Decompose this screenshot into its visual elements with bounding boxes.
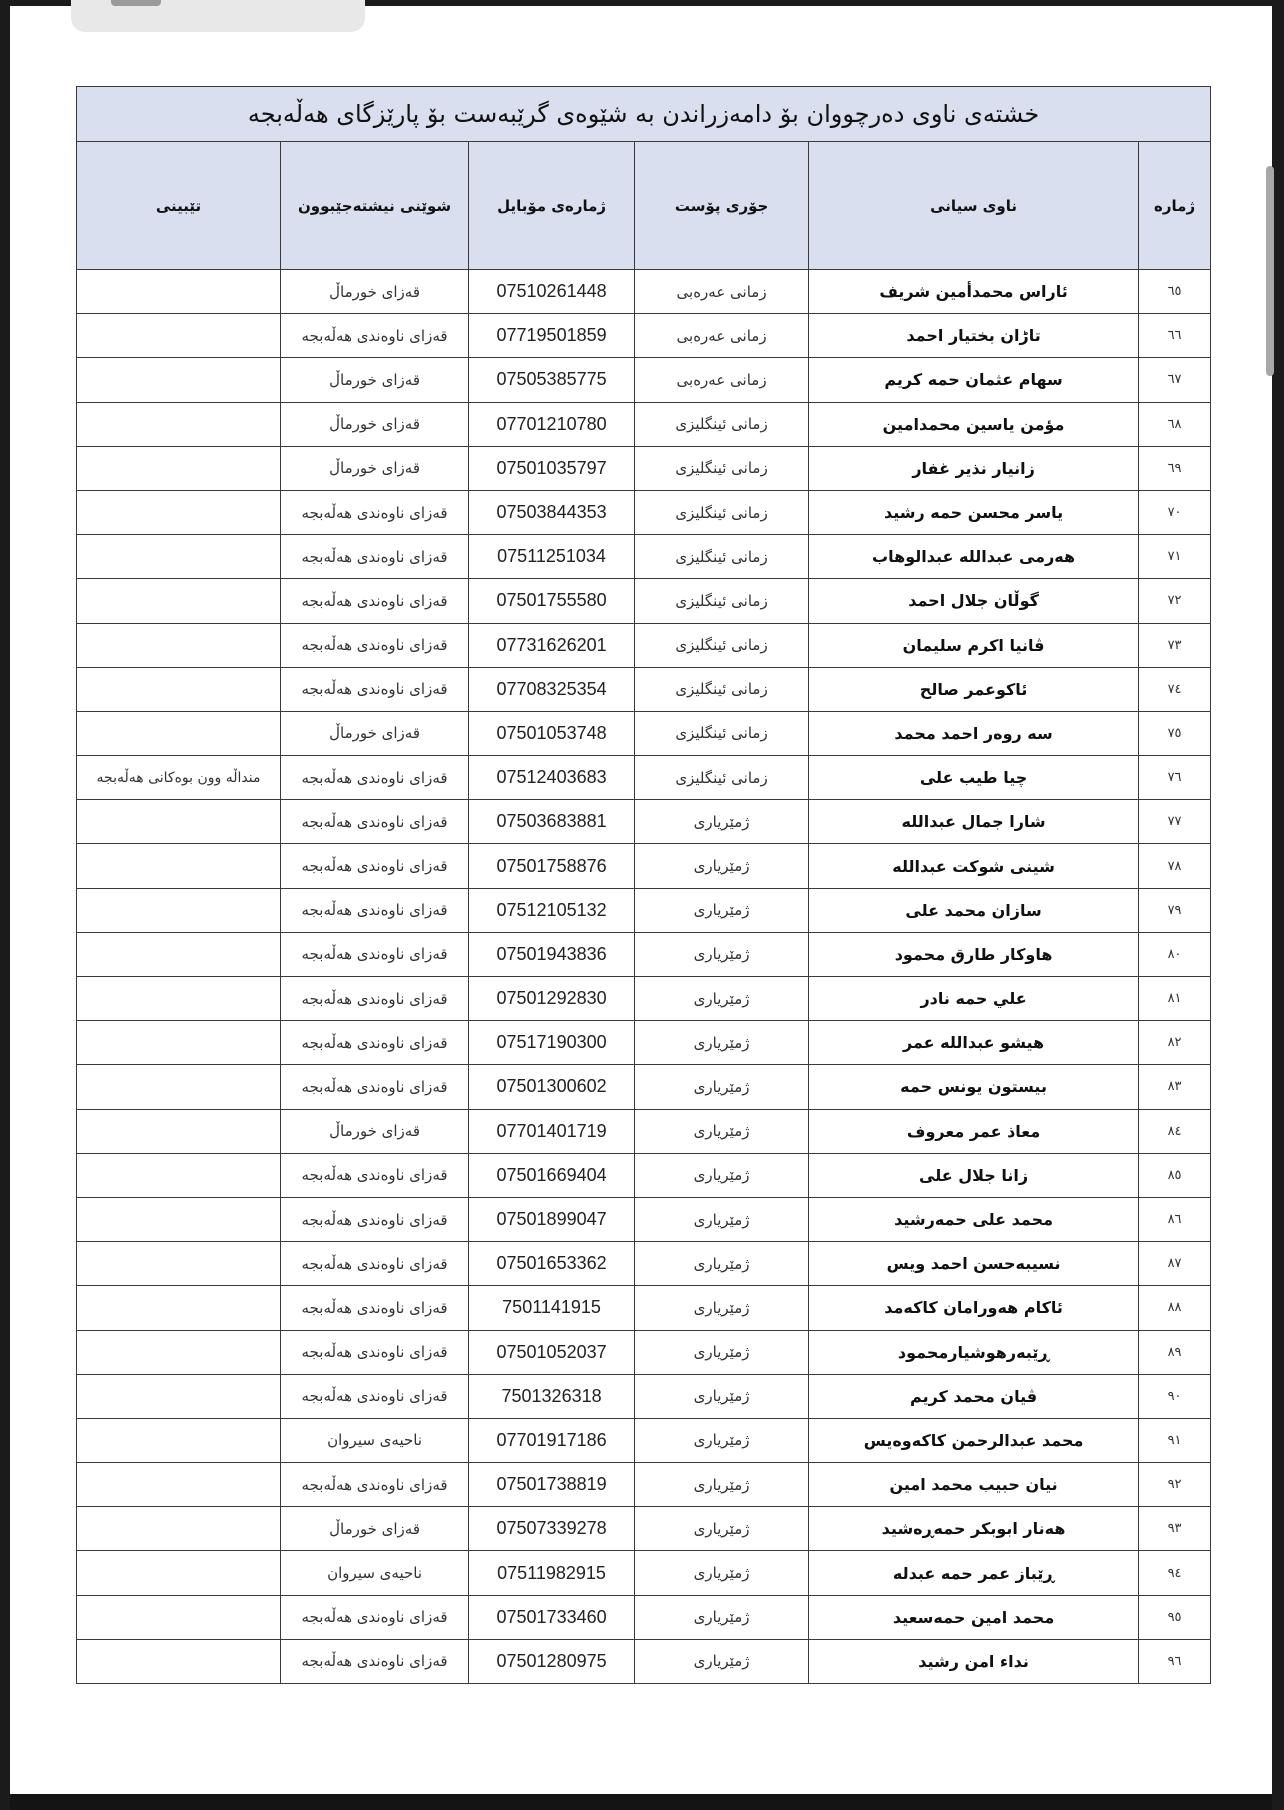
cell-post-type: زمانی عەرەبی [635,270,809,314]
table-row: ٩٠ڤیان محمد کریمژمێریاری7501326318قەزای … [77,1374,1211,1418]
table-row: ٧٧شارا جمال عبداللهژمێریاری07503683881قە… [77,800,1211,844]
cell-full-name: ئاکوعمر صالح [809,667,1139,711]
cell-notes [77,844,281,888]
cell-mobile: 07517190300 [469,1021,635,1065]
cell-number: ٨٩ [1139,1330,1211,1374]
cell-post-type: زمانی عەرەبی [635,358,809,402]
cell-post-type: ژمێریاری [635,1153,809,1197]
cell-post-type: زمانی ئینگلیزی [635,667,809,711]
cell-post-type: ژمێریاری [635,1374,809,1418]
table-row: ٩٥محمد امین حمەسعیدژمێریاری07501733460قە… [77,1595,1211,1639]
cell-number: ٩١ [1139,1418,1211,1462]
table-row: ٩١محمد عبدالرحمن کاکەوەیسژمێریاری0770191… [77,1418,1211,1462]
cell-residence: قەزای ناوەندی هەڵەبجە [281,1374,469,1418]
cell-full-name: محمد امین حمەسعید [809,1595,1139,1639]
cell-number: ٧٧ [1139,800,1211,844]
cell-full-name: علي حمه نادر [809,977,1139,1021]
table-row: ٨٥زانا جلال علیژمێریاری07501669404قەزای … [77,1153,1211,1197]
cell-residence: قەزای خورماڵ [281,358,469,402]
cell-mobile: 07501669404 [469,1153,635,1197]
cell-mobile: 07503844353 [469,490,635,534]
cell-number: ٨٦ [1139,1197,1211,1241]
table-row: ٦٥ئاراس محمدأمین شریفزمانی عەرەبی0751026… [77,270,1211,314]
cell-full-name: بیستون یونس حمه [809,1065,1139,1109]
cell-full-name: سازان محمد علی [809,888,1139,932]
cell-full-name: سهام عثمان حمه کریم [809,358,1139,402]
cell-mobile: 07501035797 [469,446,635,490]
cell-full-name: سه روەر احمد محمد [809,711,1139,755]
cell-number: ٧٣ [1139,623,1211,667]
cell-notes [77,800,281,844]
cell-residence: قەزای ناوەندی هەڵەبجە [281,314,469,358]
table-row: ٨٠هاوکار طارق محمودژمێریاری07501943836قە… [77,932,1211,976]
cell-mobile: 07719501859 [469,314,635,358]
top-toolbar-pill[interactable] [71,0,365,32]
cell-residence: قەزای ناوەندی هەڵەبجە [281,844,469,888]
cell-residence: قەزای ناوەندی هەڵەبجە [281,1286,469,1330]
column-header-number: ژمارە [1139,142,1211,270]
cell-mobile: 07701917186 [469,1418,635,1462]
cell-number: ٨٣ [1139,1065,1211,1109]
table-row: ٨١علي حمه نادرژمێریاری07501292830قەزای ن… [77,977,1211,1021]
cell-post-type: ژمێریاری [635,1021,809,1065]
cell-post-type: ژمێریاری [635,800,809,844]
cell-notes [77,1463,281,1507]
table-row: ٧٠یاسر محسن حمه رشیدزمانی ئینگلیزی075038… [77,490,1211,534]
cell-notes: منداڵە وون بوەکانی هەڵەبجە [77,756,281,800]
drag-handle-icon[interactable] [111,0,161,6]
cell-mobile: 07510261448 [469,270,635,314]
cell-mobile: 07511982915 [469,1551,635,1595]
table-title: خشتەی ناوی دەرچووان بۆ دامەزراندن بە شێو… [77,87,1211,142]
cell-residence: قەزای خورماڵ [281,1507,469,1551]
cell-post-type: زمانی ئینگلیزی [635,490,809,534]
cell-post-type: ژمێریاری [635,1065,809,1109]
cell-post-type: زمانی عەرەبی [635,314,809,358]
table-row: ٩٢نیان حبیب محمد امینژمێریاری07501738819… [77,1463,1211,1507]
table-row: ٧٨شینی شوکت عبداللهژمێریاری07501758876قە… [77,844,1211,888]
cell-mobile: 07501758876 [469,844,635,888]
table-row: ٧٥سه روەر احمد محمدزمانی ئینگلیزی0750105… [77,711,1211,755]
cell-mobile: 07501300602 [469,1065,635,1109]
cell-mobile: 07512105132 [469,888,635,932]
cell-number: ٩٥ [1139,1595,1211,1639]
cell-notes [77,1286,281,1330]
cell-residence: قەزای ناوەندی هەڵەبجە [281,579,469,623]
cell-notes [77,402,281,446]
cell-notes [77,314,281,358]
cell-notes [77,1330,281,1374]
cell-notes [77,1374,281,1418]
cell-number: ٨٧ [1139,1242,1211,1286]
cell-notes [77,446,281,490]
cell-mobile: 07501738819 [469,1463,635,1507]
cell-full-name: ئاکام هەورامان کاکەمد [809,1286,1139,1330]
cell-number: ٦٥ [1139,270,1211,314]
cell-mobile: 07505385775 [469,358,635,402]
cell-notes [77,1639,281,1683]
cell-notes [77,358,281,402]
cell-notes [77,1109,281,1153]
cell-residence: قەزای ناوەندی هەڵەبجە [281,535,469,579]
table-row: ٧٦چیا طیب علیزمانی ئینگلیزی07512403683قە… [77,756,1211,800]
cell-full-name: یاسر محسن حمه رشید [809,490,1139,534]
cell-notes [77,888,281,932]
cell-post-type: ژمێریاری [635,1595,809,1639]
column-header-post-type: جۆری پۆست [635,142,809,270]
cell-residence: قەزای خورماڵ [281,270,469,314]
cell-notes [77,1197,281,1241]
cell-mobile: 07731626201 [469,623,635,667]
cell-full-name: شینی شوکت عبدالله [809,844,1139,888]
table-row: ٩٤ڕێباز عمر حمه عبدلهژمێریاری07511982915… [77,1551,1211,1595]
cell-residence: قەزای ناوەندی هەڵەبجە [281,623,469,667]
table-row: ٨٣بیستون یونس حمهژمێریاری07501300602قەزا… [77,1065,1211,1109]
cell-notes [77,1595,281,1639]
table-row: ٨٩ڕێبەرهوشیارمحمودژمێریاری07501052037قەز… [77,1330,1211,1374]
table-row: ٧١هەرمی عبدالله عبدالوهابزمانی ئینگلیزی0… [77,535,1211,579]
cell-notes [77,977,281,1021]
cell-number: ٨١ [1139,977,1211,1021]
cell-full-name: معاذ عمر معروف [809,1109,1139,1153]
table-row: ٩٣هەنار ابوبکر حمەڕەشیدژمێریاری075073392… [77,1507,1211,1551]
table-row: ٧٢گوڵان جلال احمدزمانی ئینگلیزی075017555… [77,579,1211,623]
cell-number: ٦٧ [1139,358,1211,402]
table-row: ٦٩زانیار نذیر غفارزمانی ئینگلیزی07501035… [77,446,1211,490]
cell-notes [77,1242,281,1286]
column-header-residence: شوێنی نیشتەجێبوون [281,142,469,270]
cell-number: ٨٥ [1139,1153,1211,1197]
cell-full-name: هەنار ابوبکر حمەڕەشید [809,1507,1139,1551]
cell-mobile: 07501899047 [469,1197,635,1241]
table-row: ٨٨ئاکام هەورامان کاکەمدژمێریاری750114191… [77,1286,1211,1330]
cell-number: ٧٢ [1139,579,1211,623]
cell-residence: قەزای ناوەندی هەڵەبجە [281,1595,469,1639]
cell-residence: ناحیەی سیروان [281,1418,469,1462]
cell-mobile: 07512403683 [469,756,635,800]
cell-full-name: هەرمی عبدالله عبدالوهاب [809,535,1139,579]
table-row: ٨٧نسیبەحسن احمد ویسژمێریاری07501653362قە… [77,1242,1211,1286]
cell-mobile: 07501733460 [469,1595,635,1639]
cell-post-type: ژمێریاری [635,1551,809,1595]
cell-full-name: محمد عبدالرحمن کاکەوەیس [809,1418,1139,1462]
cell-residence: قەزای خورماڵ [281,446,469,490]
cell-residence: قەزای ناوەندی هەڵەبجە [281,1463,469,1507]
cell-post-type: زمانی ئینگلیزی [635,623,809,667]
cell-mobile: 07701210780 [469,402,635,446]
cell-full-name: محمد علی حمەرشید [809,1197,1139,1241]
cell-post-type: ژمێریاری [635,1109,809,1153]
column-header-mobile: ژمارەی مۆبایل [469,142,635,270]
cell-full-name: تاڑان بختیار احمد [809,314,1139,358]
cell-post-type: ژمێریاری [635,977,809,1021]
cell-mobile: 07701401719 [469,1109,635,1153]
cell-notes [77,1418,281,1462]
table-row: ٧٩سازان محمد علیژمێریاری07512105132قەزای… [77,888,1211,932]
cell-mobile: 07708325354 [469,667,635,711]
cell-post-type: ژمێریاری [635,1418,809,1462]
cell-notes [77,932,281,976]
header-row: ژمارە ناوی سیانی جۆری پۆست ژمارەی مۆبایل… [77,142,1211,270]
cell-post-type: ژمێریاری [635,932,809,976]
cell-post-type: ژمێریاری [635,1463,809,1507]
cell-post-type: ژمێریاری [635,1330,809,1374]
cell-number: ٩٤ [1139,1551,1211,1595]
cell-full-name: زانیار نذیر غفار [809,446,1139,490]
cell-residence: قەزای ناوەندی هەڵەبجە [281,1021,469,1065]
vertical-scrollbar[interactable] [1266,166,1274,376]
title-row: خشتەی ناوی دەرچووان بۆ دامەزراندن بە شێو… [77,87,1211,142]
table-row: ٧٤ئاکوعمر صالحزمانی ئینگلیزی07708325354ق… [77,667,1211,711]
table-row: ٦٨مؤمن یاسین محمدامینزمانی ئینگلیزی07701… [77,402,1211,446]
cell-full-name: هاوکار طارق محمود [809,932,1139,976]
cell-number: ٩٣ [1139,1507,1211,1551]
cell-residence: قەزای ناوەندی هەڵەبجە [281,1153,469,1197]
cell-number: ٧١ [1139,535,1211,579]
cell-post-type: زمانی ئینگلیزی [635,535,809,579]
cell-number: ٧٨ [1139,844,1211,888]
cell-post-type: ژمێریاری [635,888,809,932]
cell-mobile: 07501943836 [469,932,635,976]
cell-residence: قەزای ناوەندی هەڵەبجە [281,977,469,1021]
cell-full-name: ڕێباز عمر حمه عبدله [809,1551,1139,1595]
cell-full-name: نسیبەحسن احمد ویس [809,1242,1139,1286]
cell-residence: قەزای خورماڵ [281,402,469,446]
cell-mobile: 07501292830 [469,977,635,1021]
cell-notes [77,1065,281,1109]
column-header-full-name: ناوی سیانی [809,142,1139,270]
cell-post-type: ژمێریاری [635,1507,809,1551]
cell-number: ٧٩ [1139,888,1211,932]
cell-post-type: زمانی ئینگلیزی [635,579,809,623]
cell-notes [77,623,281,667]
graduates-table: خشتەی ناوی دەرچووان بۆ دامەزراندن بە شێو… [76,86,1211,1684]
table-row: ٨٤معاذ عمر معروفژمێریاری07701401719قەزای… [77,1109,1211,1153]
cell-full-name: نداء امن رشید [809,1639,1139,1683]
cell-post-type: زمانی ئینگلیزی [635,756,809,800]
cell-full-name: ڤانیا اکرم سلیمان [809,623,1139,667]
cell-post-type: ژمێریاری [635,1242,809,1286]
cell-number: ٩٦ [1139,1639,1211,1683]
table-row: ٨٢هیشو عبدالله عمرژمێریاری07517190300قەز… [77,1021,1211,1065]
cell-notes [77,1551,281,1595]
cell-number: ٨٤ [1139,1109,1211,1153]
cell-mobile: 07501280975 [469,1639,635,1683]
cell-mobile: 07501755580 [469,579,635,623]
table-row: ٨٦محمد علی حمەرشیدژمێریاری07501899047قەز… [77,1197,1211,1241]
cell-post-type: ژمێریاری [635,1197,809,1241]
cell-mobile: 07501653362 [469,1242,635,1286]
cell-residence: قەزای ناوەندی هەڵەبجە [281,1197,469,1241]
cell-residence: قەزای ناوەندی هەڵەبجە [281,490,469,534]
table-row: ٦٧سهام عثمان حمه کریمزمانی عەرەبی0750538… [77,358,1211,402]
cell-residence: قەزای ناوەندی هەڵەبجە [281,667,469,711]
cell-mobile: 7501326318 [469,1374,635,1418]
cell-number: ٩٢ [1139,1463,1211,1507]
cell-residence: قەزای ناوەندی هەڵەبجە [281,1065,469,1109]
cell-full-name: شارا جمال عبدالله [809,800,1139,844]
cell-notes [77,1507,281,1551]
cell-residence: قەزای ناوەندی هەڵەبجە [281,888,469,932]
cell-post-type: زمانی ئینگلیزی [635,402,809,446]
cell-notes [77,535,281,579]
cell-full-name: ئاراس محمدأمین شریف [809,270,1139,314]
cell-full-name: چیا طیب علی [809,756,1139,800]
cell-mobile: 07511251034 [469,535,635,579]
table-row: ٧٣ڤانیا اکرم سلیمانزمانی ئینگلیزی0773162… [77,623,1211,667]
cell-number: ٨٨ [1139,1286,1211,1330]
cell-number: ٨٠ [1139,932,1211,976]
cell-mobile: 07507339278 [469,1507,635,1551]
cell-number: ٨٢ [1139,1021,1211,1065]
cell-notes [77,1021,281,1065]
cell-residence: ناحیەی سیروان [281,1551,469,1595]
cell-notes [77,667,281,711]
cell-notes [77,579,281,623]
cell-full-name: زانا جلال علی [809,1153,1139,1197]
cell-mobile: 07503683881 [469,800,635,844]
cell-mobile: 7501141915 [469,1286,635,1330]
bottom-frame-bar [10,1794,1272,1810]
cell-residence: قەزای ناوەندی هەڵەبجە [281,1639,469,1683]
cell-residence: قەزای ناوەندی هەڵەبجە [281,932,469,976]
column-header-notes: تێبینی [77,142,281,270]
cell-residence: قەزای ناوەندی هەڵەبجە [281,756,469,800]
cell-number: ٦٦ [1139,314,1211,358]
cell-residence: قەزای ناوەندی هەڵەبجە [281,1242,469,1286]
table-row: ٦٦تاڑان بختیار احمدزمانی عەرەبی077195018… [77,314,1211,358]
cell-number: ٧٠ [1139,490,1211,534]
cell-notes [77,1153,281,1197]
cell-full-name: ڕێبەرهوشیارمحمود [809,1330,1139,1374]
cell-full-name: گوڵان جلال احمد [809,579,1139,623]
cell-number: ٦٩ [1139,446,1211,490]
table-row: ٩٦نداء امن رشیدژمێریاری07501280975قەزای … [77,1639,1211,1683]
cell-notes [77,490,281,534]
cell-number: ٧٤ [1139,667,1211,711]
cell-full-name: نیان حبیب محمد امین [809,1463,1139,1507]
cell-post-type: ژمێریاری [635,844,809,888]
cell-post-type: ژمێریاری [635,1639,809,1683]
cell-post-type: زمانی ئینگلیزی [635,711,809,755]
cell-post-type: زمانی ئینگلیزی [635,446,809,490]
cell-mobile: 07501053748 [469,711,635,755]
cell-number: ٧٥ [1139,711,1211,755]
cell-number: ٧٦ [1139,756,1211,800]
cell-residence: قەزای خورماڵ [281,1109,469,1153]
cell-notes [77,270,281,314]
cell-full-name: هیشو عبدالله عمر [809,1021,1139,1065]
cell-full-name: ڤیان محمد کریم [809,1374,1139,1418]
cell-number: ٩٠ [1139,1374,1211,1418]
cell-residence: قەزای خورماڵ [281,711,469,755]
cell-residence: قەزای ناوەندی هەڵەبجە [281,1330,469,1374]
cell-residence: قەزای ناوەندی هەڵەبجە [281,800,469,844]
cell-full-name: مؤمن یاسین محمدامین [809,402,1139,446]
cell-notes [77,711,281,755]
cell-mobile: 07501052037 [469,1330,635,1374]
cell-number: ٦٨ [1139,402,1211,446]
cell-post-type: ژمێریاری [635,1286,809,1330]
